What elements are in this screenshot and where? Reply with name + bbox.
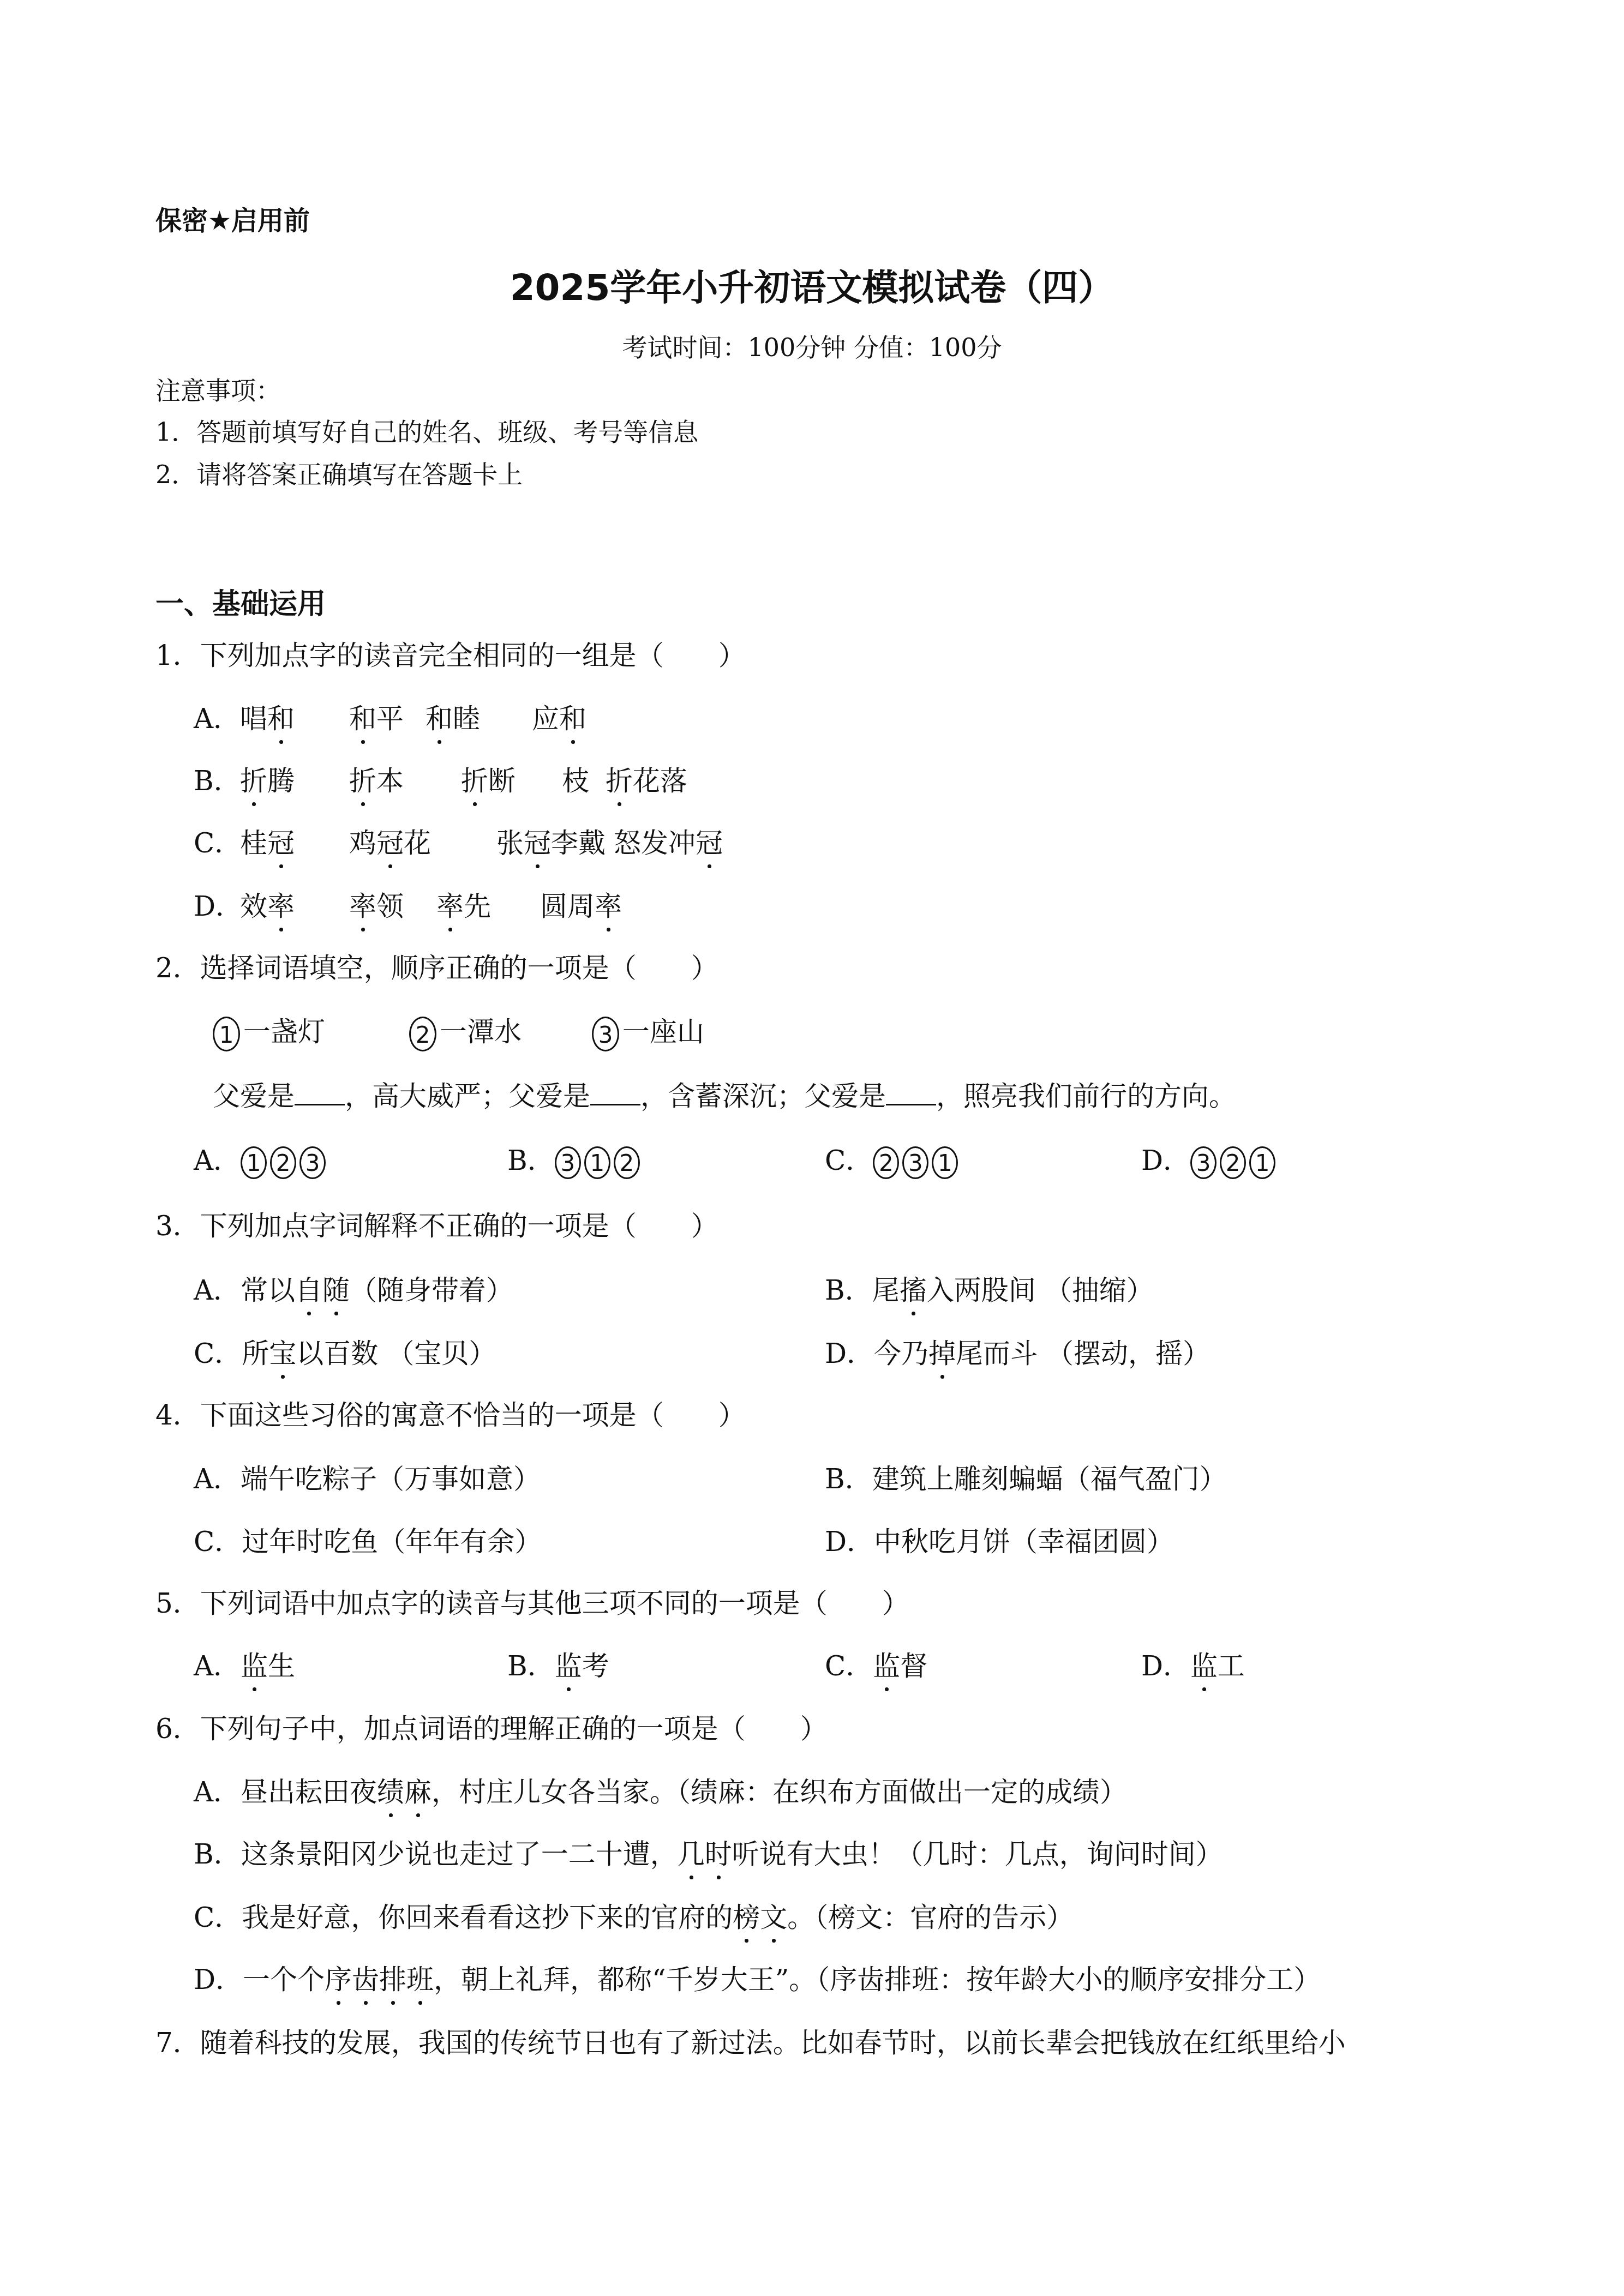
circled-number-1: 1 (241, 1146, 267, 1179)
word-text: 唱 (240, 703, 267, 735)
sentence-part: ，照亮我们前行的方向。 (936, 1080, 1236, 1112)
option-word: 率领 (349, 890, 404, 923)
option-label: D． (1141, 1650, 1190, 1682)
dotted-char: 冠 (524, 827, 551, 860)
sentence-part: 父爱是 (213, 1080, 295, 1112)
circled-number-2: 2 (873, 1146, 899, 1179)
choice-item: 2一潭水 (409, 1015, 522, 1051)
dotted-char: 文 (760, 1901, 787, 1934)
circled-number-3: 3 (299, 1146, 326, 1179)
circled-number-2: 2 (614, 1146, 640, 1179)
dotted-char: 率 (436, 890, 464, 923)
word-text: 腾 (267, 765, 295, 797)
option-label: B． (825, 1275, 872, 1306)
dotted-char: 随 (322, 1274, 350, 1307)
option-c: C．所宝以百数 （宝贝） (194, 1337, 496, 1370)
option-text: 生 (268, 1650, 295, 1682)
option-text: 尾 (872, 1275, 900, 1306)
dotted-char: 排 (379, 1963, 406, 1996)
dotted-char: 监 (873, 1650, 900, 1682)
circled-number-3: 3 (555, 1146, 581, 1179)
dotted-char: 和 (559, 702, 586, 735)
word-text: 效 (240, 891, 267, 922)
question-1-stem: 1．下列加点字的读音完全相同的一组是（ ） (155, 639, 746, 672)
option-label: D． (1141, 1145, 1190, 1176)
option-text: 一个个 (243, 1964, 325, 1996)
word-text: 领 (376, 891, 404, 922)
notes-label: 注意事项： (155, 374, 281, 407)
option-a: A．常以自随（随身带着） (194, 1274, 513, 1307)
option-text: 建筑上雕刻蝙蝠（福气盈门） (872, 1463, 1227, 1495)
option-a: A．唱和和平和睦应和 (194, 702, 241, 735)
option-b: B．312 (507, 1144, 643, 1179)
option-word: 鸡冠花 (349, 827, 431, 860)
option-label: C． (194, 1526, 242, 1558)
option-word: 桂冠 (240, 827, 295, 860)
option-label: A． (194, 1145, 241, 1176)
dotted-char: 监 (1190, 1650, 1218, 1682)
option-text: 我是好意，你回来看看这抄下来的官府的 (242, 1902, 733, 1933)
option-word: 张冠李戴 (496, 827, 606, 860)
option-word: 枝 (562, 765, 589, 797)
word-text: 鸡 (349, 827, 376, 859)
question-5-stem: 5．下列词语中加点字的读音与其他三项不同的一项是（ ） (155, 1587, 909, 1620)
option-b: B．这条景阳冈少说也走过了一二十遭，几时听说有大虫！（几时：几点，询问时间） (194, 1838, 1223, 1871)
option-label: C． (194, 827, 242, 859)
option-label: C． (194, 1902, 242, 1933)
question-2-sentence: 父爱是，高大威严；父爱是，含蓄深沉；父爱是，照亮我们前行的方向。 (213, 1080, 1236, 1113)
dotted-char: 冠 (267, 827, 295, 860)
option-text: 入两股间 （抽缩） (927, 1275, 1154, 1306)
option-text: ，村庄儿女各当家。（绩麻：在织布方面做出一定的成绩） (432, 1776, 1127, 1808)
option-b: B．建筑上雕刻蝙蝠（福气盈门） (825, 1463, 1227, 1495)
option-word: 圆周率 (540, 890, 622, 923)
dotted-char: 几 (678, 1838, 705, 1871)
circled-number-1: 1 (1249, 1146, 1275, 1179)
dotted-char: 榜 (733, 1901, 760, 1934)
option-text: 过年时吃鱼（年年有余） (242, 1526, 542, 1558)
option-text: 尾而斗 （摆动，摇） (956, 1338, 1210, 1369)
option-text: 所 (242, 1338, 269, 1369)
option-d: D．效率率领率先圆周率 (194, 890, 243, 923)
circled-number-1: 1 (213, 1017, 240, 1051)
option-b: B．尾搐入两股间 （抽缩） (825, 1274, 1154, 1307)
option-word: 唱和 (240, 702, 295, 735)
option-c: C．我是好意，你回来看看这抄下来的官府的榜文。（榜文：官府的告示） (194, 1901, 1074, 1934)
option-d: D．中秋吃月饼（幸福团圆） (825, 1525, 1174, 1558)
option-text: 考 (582, 1650, 609, 1682)
option-label: B． (507, 1145, 555, 1176)
circled-number-1: 1 (932, 1146, 958, 1179)
word-text: 怒发冲 (614, 827, 696, 859)
dotted-char: 宝 (269, 1337, 296, 1370)
dotted-char: 和 (426, 702, 453, 735)
dotted-char: 监 (241, 1650, 268, 1682)
dotted-char: 自 (295, 1274, 322, 1307)
dotted-char: 折 (461, 765, 488, 797)
choice-text: 一座山 (622, 1016, 704, 1048)
dotted-char: 冠 (376, 827, 404, 860)
dotted-char: 率 (595, 890, 622, 923)
word-text: 李戴 (551, 827, 606, 859)
option-a: A．昼出耘田夜绩麻，村庄儿女各当家。（绩麻：在织布方面做出一定的成绩） (194, 1776, 1127, 1808)
option-word: 和睦 (426, 702, 480, 735)
dotted-char: 绩 (377, 1776, 404, 1808)
word-text: 花落 (633, 765, 687, 797)
question-2-stem: 2．选择词语填空，顺序正确的一项是（ ） (155, 952, 718, 984)
fill-blank (590, 1080, 640, 1105)
exam-info: 考试时间：100分钟 分值：100分 (0, 331, 1624, 364)
note-item: 1．答题前填写好自己的姓名、班级、考号等信息 (155, 416, 698, 448)
sentence-part: ，高大威严；父爱是 (345, 1080, 590, 1112)
dotted-char: 率 (349, 890, 376, 923)
question-7-stem: 7．随着科技的发展，我国的传统节日也有了新过法。比如春节时，以前长辈会把钱放在红… (155, 2027, 1346, 2059)
option-text: 听说有大虫！（几时：几点，询问时间） (732, 1838, 1223, 1870)
note-item: 2．请将答案正确填写在答题卡上 (155, 458, 523, 491)
option-label: A． (194, 703, 241, 735)
circled-number-3: 3 (1190, 1146, 1216, 1179)
sentence-part: ，含蓄深沉；父爱是 (640, 1080, 886, 1112)
option-c: C．监督 (825, 1650, 927, 1682)
word-text: 应 (532, 703, 559, 735)
option-c: C．231 (825, 1144, 961, 1179)
choice-text: 一盏灯 (243, 1016, 325, 1048)
circled-number-2: 2 (270, 1146, 296, 1179)
word-text: 枝 (562, 765, 589, 797)
circled-number-1: 1 (584, 1146, 610, 1179)
word-text: 花 (404, 827, 431, 859)
option-label: B． (507, 1650, 555, 1682)
circled-number-3: 3 (902, 1146, 928, 1179)
word-text: 桂 (240, 827, 267, 859)
option-text: 中秋吃月饼（幸福团圆） (874, 1526, 1174, 1558)
option-label: C． (194, 1338, 242, 1369)
word-text: 平 (376, 703, 404, 735)
dotted-char: 齿 (352, 1963, 379, 1996)
option-d: D．今乃掉尾而斗 （摆动，摇） (825, 1337, 1210, 1370)
circled-number-2: 2 (1220, 1146, 1246, 1179)
option-word: 效率 (240, 890, 295, 923)
confidential-mark: 保密★启用前 (155, 205, 310, 237)
option-word: 折花落 (606, 765, 687, 797)
option-text: 端午吃粽子（万事如意） (241, 1463, 541, 1495)
option-b: B．折腾折本折断枝折花落 (194, 765, 241, 797)
option-a: A．端午吃粽子（万事如意） (194, 1463, 541, 1495)
option-text: 。（榜文：官府的告示） (787, 1902, 1074, 1933)
dotted-char: 和 (349, 702, 376, 735)
dotted-char: 冠 (696, 827, 723, 860)
option-text: 昼出耘田夜 (241, 1776, 377, 1808)
dotted-char: 掉 (928, 1337, 956, 1370)
dotted-char: 序 (325, 1963, 352, 1996)
option-label: B． (194, 765, 241, 797)
option-text: 督 (900, 1650, 927, 1682)
option-text: 工 (1218, 1650, 1245, 1682)
dotted-char: 率 (267, 890, 295, 923)
option-label: B． (825, 1463, 872, 1495)
option-a: A．123 (194, 1144, 329, 1179)
option-word: 率先 (436, 890, 491, 923)
option-c: C．过年时吃鱼（年年有余） (194, 1525, 542, 1558)
word-text: 断 (488, 765, 516, 797)
circled-number-3: 3 (592, 1017, 619, 1051)
dotted-char: 折 (349, 765, 376, 797)
option-label: D． (825, 1526, 874, 1558)
word-text: 圆周 (540, 891, 595, 922)
option-label: C． (825, 1650, 873, 1682)
dotted-char: 时 (705, 1838, 732, 1871)
question-3-stem: 3．下列加点字词解释不正确的一项是（ ） (155, 1210, 718, 1242)
page-title: 2025学年小升初语文模拟试卷（四） (0, 266, 1624, 310)
option-label: D． (194, 891, 243, 922)
option-d: D．321 (1141, 1144, 1279, 1179)
fill-blank (886, 1080, 936, 1105)
option-word: 应和 (532, 702, 586, 735)
dotted-char: 监 (555, 1650, 582, 1682)
circled-number-2: 2 (409, 1017, 436, 1051)
option-word: 折本 (349, 765, 404, 797)
option-label: D． (194, 1964, 243, 1996)
option-text: 常以 (241, 1275, 295, 1306)
option-label: C． (825, 1145, 873, 1176)
question-6-stem: 6．下列句子中，加点词语的理解正确的一项是（ ） (155, 1712, 828, 1745)
dotted-char: 和 (267, 702, 295, 735)
section-title: 一、基础运用 (155, 588, 326, 621)
option-text: 这条景阳冈少说也走过了一二十遭， (241, 1838, 678, 1870)
option-word: 折断 (461, 765, 516, 797)
word-text: 张 (496, 827, 524, 859)
option-text: ，朝上礼拜，都称“千岁大王”。（序齿排班：按年龄大小的顺序安排分工） (434, 1964, 1321, 1996)
option-a: A．监生 (194, 1650, 295, 1682)
option-c: C．桂冠鸡冠花张冠李戴怒发冲冠 (194, 827, 242, 860)
word-text: 本 (376, 765, 404, 797)
option-label: B． (194, 1838, 241, 1870)
dotted-char: 班 (406, 1963, 434, 1996)
option-text: 以百数 （宝贝） (296, 1338, 496, 1369)
option-word: 和平 (349, 702, 404, 735)
option-text: 今乃 (874, 1338, 928, 1369)
choice-item: 1一盏灯 (213, 1015, 325, 1051)
option-label: A． (194, 1463, 241, 1495)
dotted-char: 麻 (404, 1776, 432, 1808)
option-word: 怒发冲冠 (614, 827, 723, 860)
option-b: B．监考 (507, 1650, 609, 1682)
choice-item: 3一座山 (592, 1015, 704, 1051)
option-label: A． (194, 1650, 241, 1682)
option-word: 折腾 (240, 765, 295, 797)
dotted-char: 搐 (900, 1274, 927, 1307)
fill-blank (295, 1080, 345, 1105)
option-d: D．一个个序齿排班，朝上礼拜，都称“千岁大王”。（序齿排班：按年龄大小的顺序安排… (194, 1963, 1321, 1996)
choice-text: 一潭水 (440, 1016, 522, 1048)
option-d: D．监工 (1141, 1650, 1245, 1682)
word-text: 睦 (453, 703, 480, 735)
dotted-char: 折 (606, 765, 633, 797)
option-text: （随身带着） (350, 1275, 513, 1306)
dotted-char: 折 (240, 765, 267, 797)
question-4-stem: 4．下面这些习俗的寓意不恰当的一项是（ ） (155, 1399, 746, 1432)
option-label: D． (825, 1338, 874, 1369)
option-label: A． (194, 1776, 241, 1808)
word-text: 先 (464, 891, 491, 922)
option-label: A． (194, 1275, 241, 1306)
